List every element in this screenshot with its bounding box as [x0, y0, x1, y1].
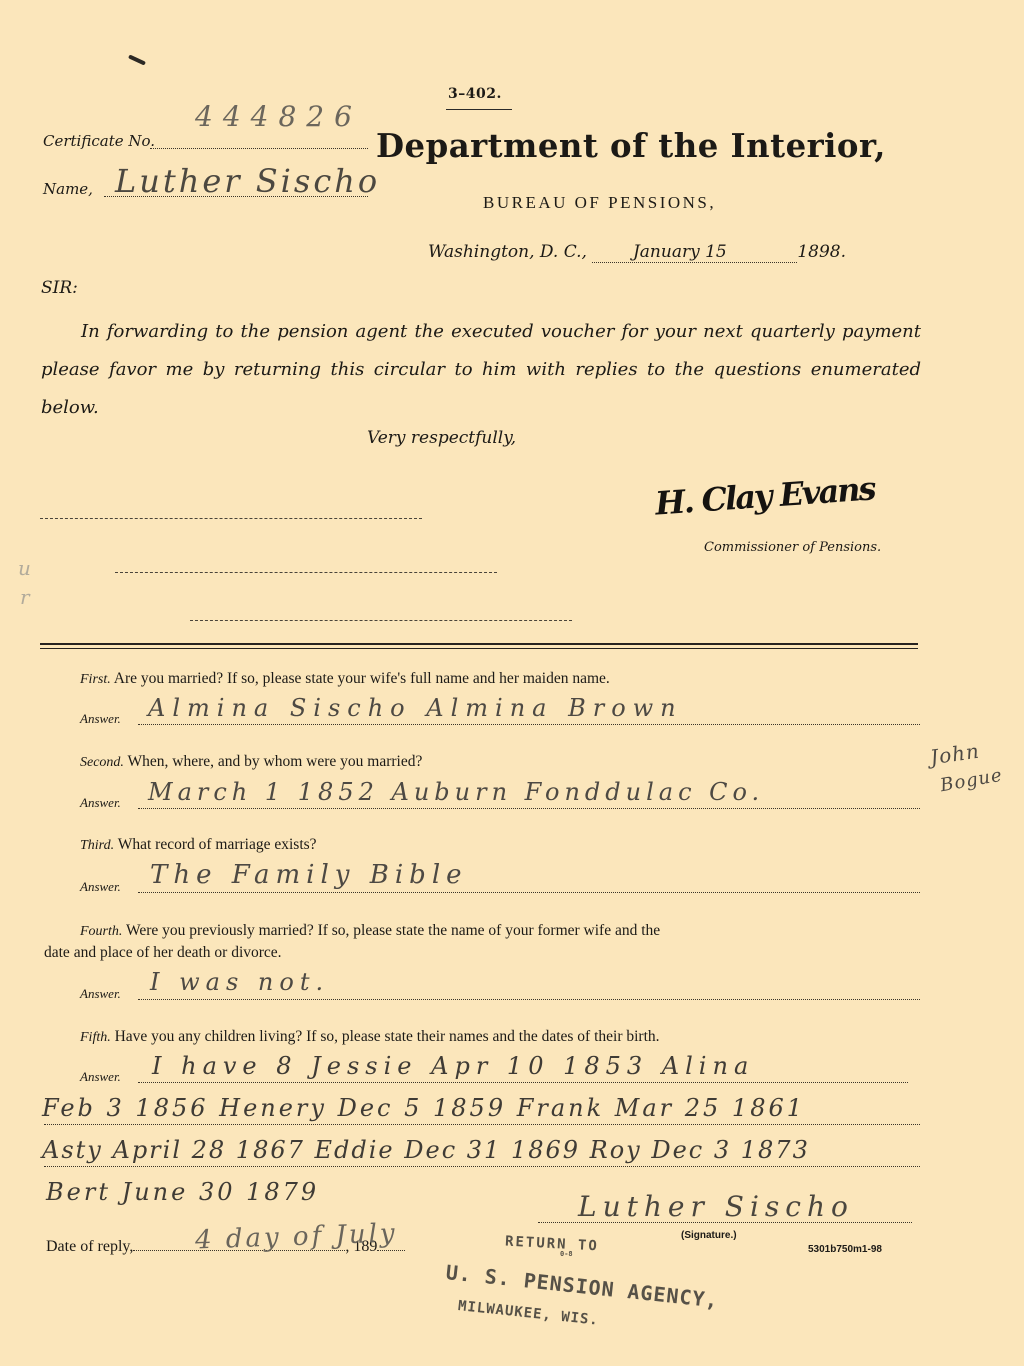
answer-label: Answer.	[80, 1069, 121, 1085]
question-second: Second. When, where, and by whom were yo…	[80, 753, 422, 771]
return-stamp-small: 0-8	[560, 1250, 573, 1258]
answer-label: Answer.	[80, 879, 121, 895]
commissioner-title: Commissioner of Pensions.	[704, 540, 881, 555]
ink-speck	[128, 54, 146, 65]
body-text: In forwarding to the pension agent the e…	[41, 321, 921, 418]
answer-label: Answer.	[80, 795, 121, 811]
address-line-3[interactable]	[190, 620, 572, 621]
address-line-2[interactable]	[115, 572, 497, 573]
answer-line	[138, 892, 920, 893]
certificate-number[interactable]: 444826	[195, 100, 362, 133]
dateline: Washington, D. C., January 15 1898.	[428, 242, 846, 263]
answer-label: Answer.	[80, 711, 121, 727]
answer-first[interactable]: Almina Sischo Almina Brown	[148, 694, 683, 722]
question-text: Have you any children living? If so, ple…	[115, 1028, 660, 1045]
signature-caption: (Signature.)	[681, 1230, 737, 1241]
children-line-2[interactable]: Feb 3 1856 Henery Dec 5 1859 Frank Mar 2…	[42, 1094, 805, 1122]
form-number: 3–402.	[448, 86, 502, 102]
place-label: Washington, D. C.,	[428, 242, 587, 262]
return-stamp-line1: RETURN TO	[505, 1234, 600, 1255]
question-ordinal: Second.	[80, 755, 124, 770]
answer-line	[138, 724, 920, 725]
closing: Very respectfully,	[367, 428, 516, 448]
answer-second-note[interactable]: John	[929, 739, 982, 770]
answer-line	[44, 1124, 920, 1125]
section-divider	[40, 643, 918, 649]
date-of-reply-year-field	[377, 1250, 405, 1251]
date-year: 1898.	[797, 242, 846, 262]
certificate-label: Certificate No.	[43, 132, 155, 150]
name-label: Name,	[43, 180, 93, 198]
children-line-1[interactable]: I have 8 Jessie Apr 10 1853 Alina	[152, 1052, 754, 1080]
question-third: Third. What record of marriage exists?	[80, 836, 317, 854]
signature-value[interactable]: Luther Sischo	[578, 1190, 854, 1223]
question-text: Are you married? If so, please state you…	[114, 670, 610, 687]
answer-label: Answer.	[80, 986, 121, 1002]
question-text: When, where, and by whom were you marrie…	[128, 753, 423, 770]
question-first: First. Are you married? If so, please st…	[80, 670, 610, 688]
form-code: 5301b750m1-98	[808, 1244, 882, 1255]
body-paragraph: In forwarding to the pension agent the e…	[41, 313, 921, 427]
form-number-rule	[446, 109, 512, 110]
return-stamp-line3: MILWAUKEE, WIS.	[457, 1298, 599, 1329]
answer-second-note[interactable]: Bogue	[939, 765, 1005, 797]
bureau-title: BUREAU OF PENSIONS,	[483, 193, 716, 213]
question-ordinal: Fourth.	[80, 924, 122, 939]
question-fifth: Fifth. Have you any children living? If …	[80, 1028, 660, 1046]
answer-third[interactable]: The Family Bible	[150, 860, 468, 890]
department-title: Department of the Interior,	[376, 126, 886, 165]
date-of-reply-label: Date of reply,	[46, 1238, 133, 1255]
answer-line	[44, 1166, 920, 1167]
children-line-3[interactable]: Asty April 28 1867 Eddie Dec 31 1869 Roy…	[42, 1136, 810, 1164]
margin-mark: u	[18, 556, 31, 580]
question-fourth: Fourth. Were you previously married? If …	[80, 922, 660, 940]
answer-line	[138, 1082, 908, 1083]
answer-second[interactable]: March 1 1852 Auburn Fonddulac Co.	[148, 778, 764, 806]
margin-mark: r	[20, 585, 30, 609]
name-value[interactable]: Luther Sischo	[115, 162, 380, 200]
commissioner-signature: H. Clay Evans	[654, 469, 876, 522]
question-ordinal: First.	[80, 672, 111, 687]
question-text: Were you previously married? If so, plea…	[126, 922, 660, 939]
answer-line	[138, 808, 920, 809]
address-line-1[interactable]	[40, 518, 422, 519]
question-fourth-continued: date and place of her death or divorce.	[44, 944, 282, 962]
question-ordinal: Fifth.	[80, 1030, 111, 1045]
answer-line	[138, 999, 920, 1000]
question-text: What record of marriage exists?	[118, 836, 317, 853]
date-value: January 15	[633, 242, 727, 262]
date-field: January 15	[592, 242, 797, 263]
children-line-4[interactable]: Bert June 30 1879	[46, 1178, 319, 1206]
certificate-line	[150, 148, 368, 149]
salutation: SIR:	[41, 278, 78, 298]
answer-fourth[interactable]: I was not.	[150, 968, 329, 996]
question-ordinal: Third.	[80, 838, 114, 853]
